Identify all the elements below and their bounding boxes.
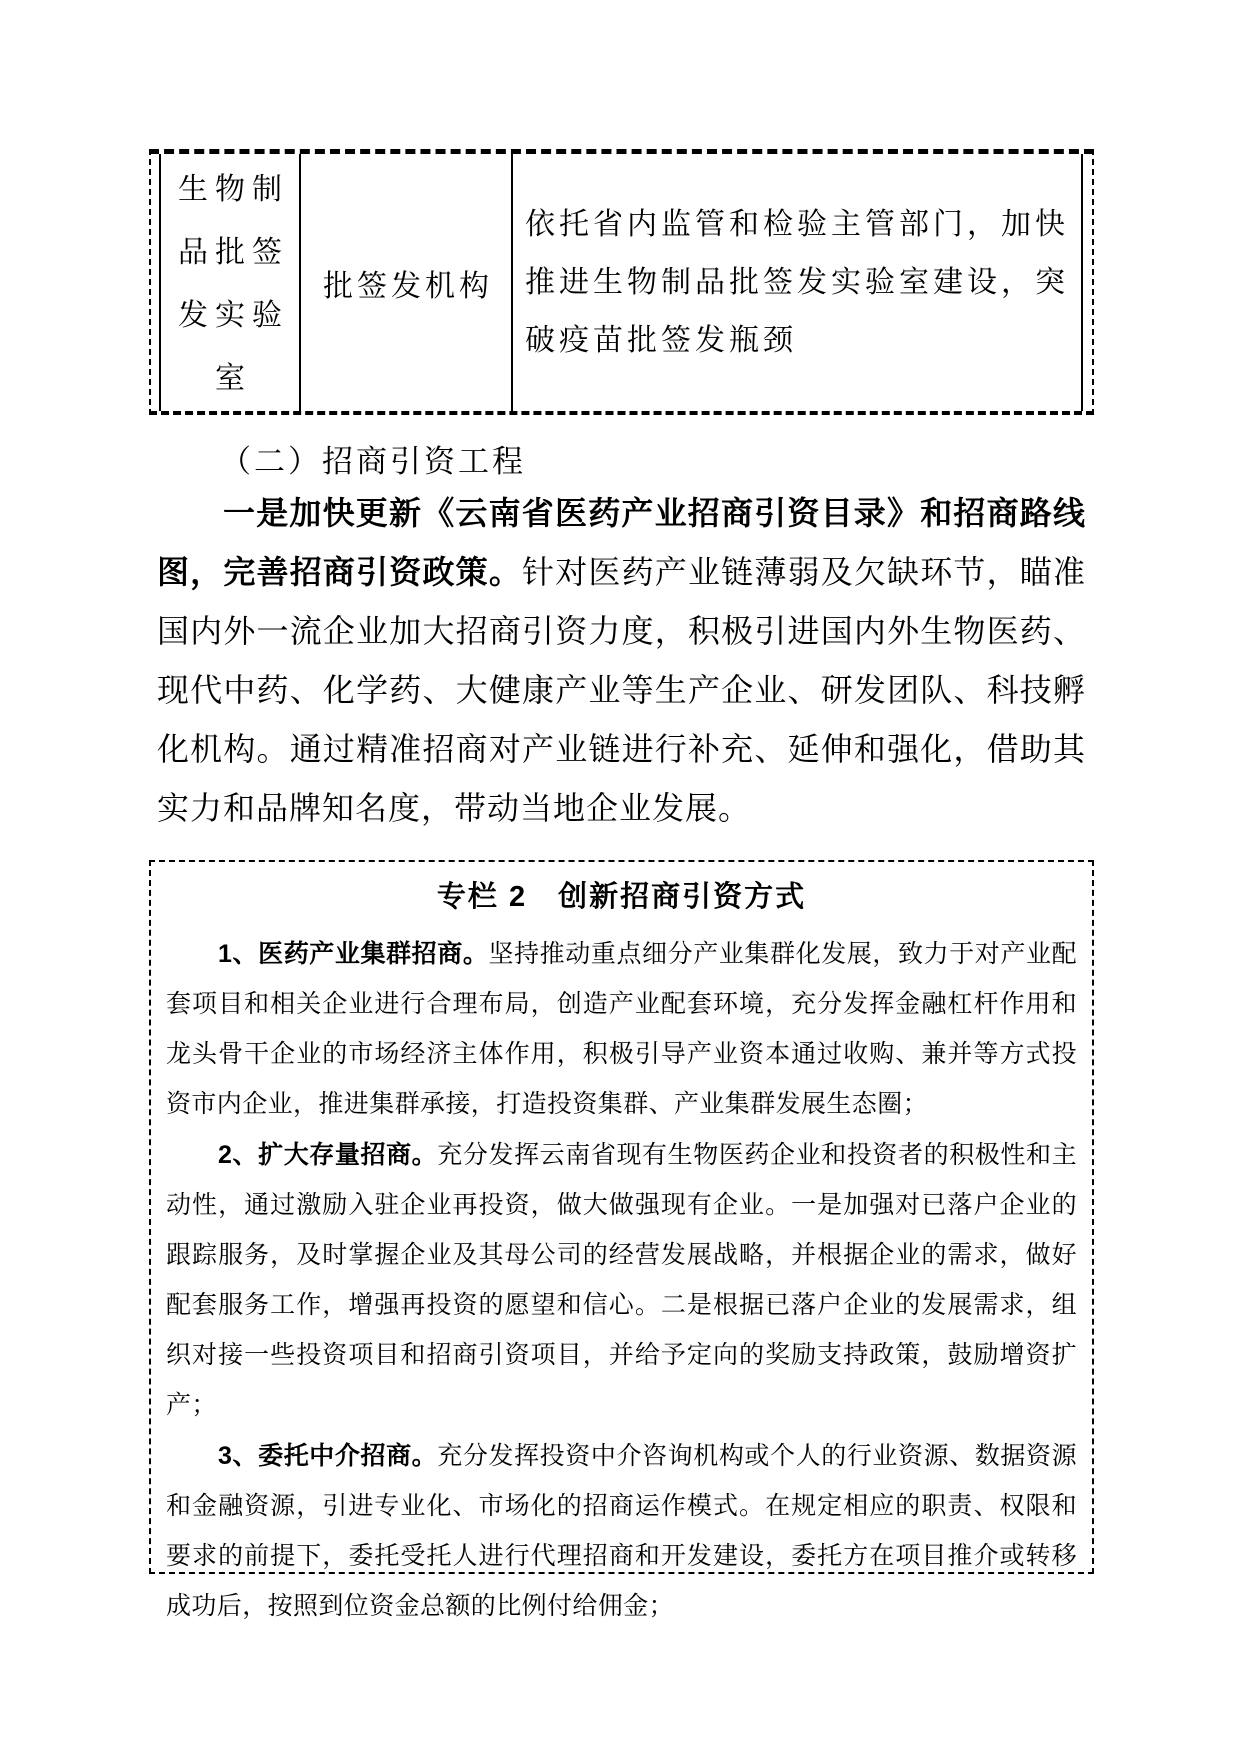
batch-release-table-box: 生物制 品批签 发实验 室 批签发机构 依托省内监管和检验主管部门，加快推进生物… bbox=[149, 149, 1094, 415]
document-page: 生物制 品批签 发实验 室 批签发机构 依托省内监管和检验主管部门，加快推进生物… bbox=[0, 0, 1240, 1754]
project-name-line: 室 bbox=[161, 347, 299, 410]
agency-label: 批签发机构 bbox=[319, 261, 493, 305]
body-paragraph: 一是加快更新《云南省医药产业招商引资目录》和招商路线图，完善招商引资政策。针对医… bbox=[157, 484, 1086, 838]
callout-item-2: 2、扩大存量招商。充分发挥云南省现有生物医药企业和投资者的积极性和主动性，通过激… bbox=[166, 1130, 1077, 1431]
batch-release-table: 生物制 品批签 发实验 室 批签发机构 依托省内监管和检验主管部门，加快推进生物… bbox=[159, 154, 1083, 411]
description-text: 依托省内监管和检验主管部门，加快推进生物制品批签发实验室建设，突破疫苗批签发瓶颈 bbox=[525, 196, 1069, 370]
project-name-line: 生物制 bbox=[161, 158, 299, 221]
table-cell-agency: 批签发机构 bbox=[301, 154, 513, 411]
callout-item-1-lead: 1、医药产业集群招商。 bbox=[218, 940, 488, 968]
callout-title: 专栏 2 创新招商引资方式 bbox=[166, 874, 1077, 915]
callout-item-2-lead: 2、扩大存量招商。 bbox=[218, 1141, 437, 1169]
table-cell-description: 依托省内监管和检验主管部门，加快推进生物制品批签发实验室建设，突破疫苗批签发瓶颈 bbox=[513, 154, 1081, 411]
callout-item-3-lead: 3、委托中介招商。 bbox=[218, 1442, 437, 1470]
project-name-line: 品批签 bbox=[161, 221, 299, 284]
callout-item-3: 3、委托中介招商。充分发挥投资中介咨询机构或个人的行业资源、数据资源和金融资源，… bbox=[166, 1431, 1077, 1632]
project-name-line: 发实验 bbox=[161, 284, 299, 347]
callout-box: 专栏 2 创新招商引资方式 1、医药产业集群招商。坚持推动重点细分产业集群化发展… bbox=[149, 860, 1094, 1574]
paragraph-regular-text: 针对医药产业链薄弱及欠缺环节，瞄准国内外一流企业加大招商引资力度，积极引进国内外… bbox=[157, 554, 1086, 826]
section-heading: （二）招商引资工程 bbox=[158, 436, 1088, 481]
table-cell-project-name: 生物制 品批签 发实验 室 bbox=[161, 154, 301, 411]
callout-item-2-body: 充分发挥云南省现有生物医药企业和投资者的积极性和主动性，通过激励入驻企业再投资，… bbox=[166, 1142, 1077, 1419]
callout-item-1: 1、医药产业集群招商。坚持推动重点细分产业集群化发展，致力于对产业配套项目和相关… bbox=[166, 929, 1077, 1130]
